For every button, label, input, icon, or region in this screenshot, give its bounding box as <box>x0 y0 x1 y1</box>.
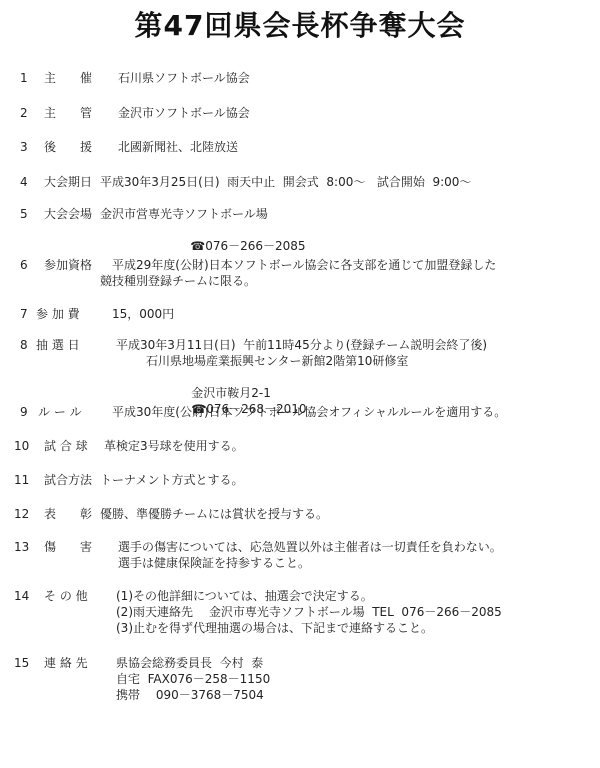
contact-mobile: 携帯 090－3768－7504 <box>116 687 264 703</box>
item-content: 革検定3号球を使用する。 <box>104 438 244 454</box>
page-title: 第47回県会長杯争奪大会 <box>0 4 600 44</box>
item-label: 抽 選 日 <box>36 337 80 353</box>
item-number: 5 <box>20 206 28 222</box>
item-label: 試合方法 <box>44 472 92 488</box>
item-content: 県協会総務委員長 今村 泰 <box>116 655 263 671</box>
item-content: 金沢市営専光寺ソフトボール場 <box>100 206 268 222</box>
item-content-line2: (2)雨天連絡先 金沢市専光寺ソフトボール場 TEL 076－266－2085 <box>116 604 502 620</box>
item-label: 大会期日 <box>44 174 92 190</box>
item-label: 傷 害 <box>44 539 92 555</box>
item-draw: 8 抽 選 日 平成30年3月11日(日) 午前11時45分より(登録チーム説明… <box>0 337 600 387</box>
item-number: 11 <box>14 472 29 488</box>
item-content: 選手の傷害については、応急処置以外は主催者は一切責任を負わない。 <box>118 539 502 555</box>
item-label: そ の 他 <box>44 588 88 604</box>
item-eligibility: 6 参加資格 平成29年度(公財)日本ソフトボール協会に各支部を通じて加盟登録し… <box>0 257 600 291</box>
item-content: 金沢市ソフトボール協会 <box>118 105 250 121</box>
item-label: 大会会場 <box>44 206 92 222</box>
item-label: 参加資格 <box>44 257 92 273</box>
item-label: 連 絡 先 <box>44 655 88 671</box>
item-label: 試 合 球 <box>44 438 88 454</box>
item-number: 4 <box>20 174 28 190</box>
item-number: 9 <box>20 404 28 420</box>
item-content: (1)その他詳細については、抽選会で決定する。 <box>116 588 373 604</box>
item-venue: 5 大会会場 金沢市営専光寺ソフトボール場 ☎076－266－2085 <box>0 206 600 240</box>
item-other: 14 そ の 他 (1)その他詳細については、抽選会で決定する。 (2)雨天連絡… <box>0 588 600 638</box>
item-number: 3 <box>20 139 28 155</box>
item-content: 石川県ソフトボール協会 <box>118 70 250 86</box>
item-content: トーナメント方式とする。 <box>100 472 244 488</box>
item-contact: 15 連 絡 先 県協会総務委員長 今村 泰 自宅 FAX076－258－115… <box>0 655 600 705</box>
item-number: 6 <box>20 257 28 273</box>
item-content: 平成30年3月11日(日) 午前11時45分より(登録チーム説明会終了後) <box>116 337 487 353</box>
item-label: 後 援 <box>44 139 92 155</box>
item-number: 15 <box>14 655 29 671</box>
item-content: 北國新聞社、北陸放送 <box>118 139 238 155</box>
telephone-icon: ☎ <box>190 239 205 253</box>
draw-address: 金沢市鞍月2-1 <box>191 386 271 400</box>
item-content: 15，000円 <box>112 306 174 322</box>
item-label: ル ー ル <box>38 404 82 420</box>
item-content: 平成30年3月25日(日) 雨天中止 開会式 8:00～ 試合開始 9:00～ <box>100 174 471 190</box>
item-content: 平成29年度(公財)日本ソフトボール協会に各支部を通じて加盟登録した <box>112 257 496 273</box>
item-content-line3: (3)止むを得ず代理抽選の場合は、下記まで連絡すること。 <box>116 620 433 636</box>
item-injury: 13 傷 害 選手の傷害については、応急処置以外は主催者は一切責任を負わない。 … <box>0 539 600 573</box>
item-number: 10 <box>14 438 29 454</box>
item-content: 平成30年度(公財)日本ソフトボール協会オフィシャルルールを適用する。 <box>112 404 506 420</box>
item-number: 8 <box>20 337 28 353</box>
item-number: 2 <box>20 105 28 121</box>
contact-fax: 自宅 FAX076－258－1150 <box>116 671 270 687</box>
item-number: 12 <box>14 506 29 522</box>
item-number: 1 <box>20 70 28 86</box>
item-label: 表 彰 <box>44 506 92 522</box>
item-label: 参 加 費 <box>36 306 80 322</box>
item-content-line2: 競技種別登録チームに限る。 <box>100 273 256 289</box>
item-content-line2: 石川県地場産業振興センター新館2階第10研修室 <box>146 353 408 369</box>
item-content-line2: 選手は健康保険証を持参すること。 <box>118 555 310 571</box>
item-number: 7 <box>20 306 28 322</box>
venue-phone: 076－266－2085 <box>205 239 305 253</box>
item-label: 主 管 <box>44 105 92 121</box>
item-content: 優勝、準優勝チームには賞状を授与する。 <box>100 506 328 522</box>
item-number: 14 <box>14 588 29 604</box>
item-label: 主 催 <box>44 70 92 86</box>
item-number: 13 <box>14 539 29 555</box>
